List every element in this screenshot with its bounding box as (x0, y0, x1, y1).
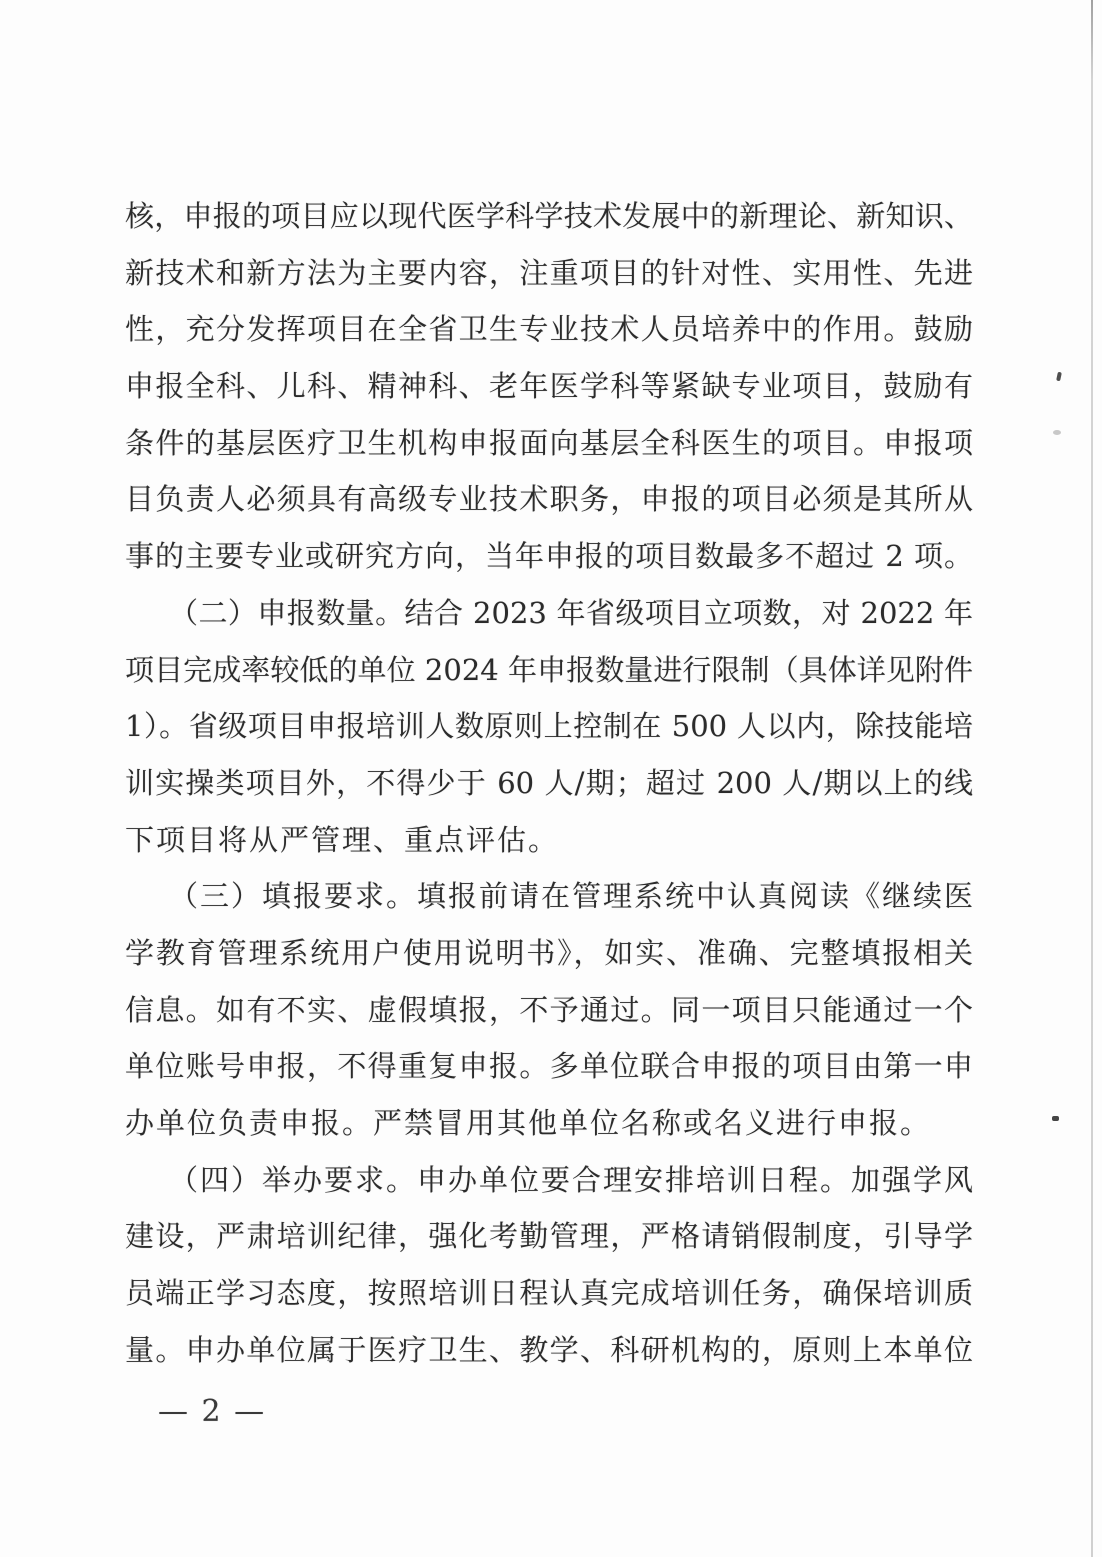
text-line: 条件的基层医疗卫生机构申报面向基层全科医生的项目。申报项 (125, 415, 973, 472)
text-line: 学教育管理系统用户使用说明书》，如实、准确、完整填报相关 (125, 925, 973, 982)
text-line: （二）申报数量。结合 2023 年省级项目立项数，对 2022 年 (125, 585, 973, 642)
text-line: 建设，严肃培训纪律，强化考勤管理，严格请销假制度，引导学 (125, 1208, 973, 1265)
text-line: 核，申报的项目应以现代医学科学技术发展中的新理论、新知识、 (125, 188, 973, 245)
text-line: 办单位负责申报。严禁冒用其他单位名称或名义进行申报。 (125, 1095, 973, 1152)
text-line: 项目完成率较低的单位 2024 年申报数量进行限制（具体详见附件 (125, 642, 973, 699)
text-line: 单位账号申报，不得重复申报。多单位联合申报的项目由第一申 (125, 1038, 973, 1095)
scan-edge-line (1091, 0, 1093, 1557)
text-line: 员端正学习态度，按照培训日程认真完成培训任务，确保培训质 (125, 1265, 973, 1322)
text-line: 下项目将从严管理、重点评估。 (125, 812, 973, 869)
text-line: 新技术和新方法为主要内容，注重项目的针对性、实用性、先进 (125, 245, 973, 302)
scan-speck (1052, 1116, 1059, 1121)
page-number: — 2 — (158, 1392, 266, 1432)
text-line: 申报全科、儿科、精神科、老年医学科等紧缺专业项目，鼓励有 (125, 358, 973, 415)
text-line: 训实操类项目外，不得少于 60 人/期；超过 200 人/期以上的线 (125, 755, 973, 812)
text-line: （三）填报要求。填报前请在管理系统中认真阅读《继续医 (125, 868, 973, 925)
scan-speck (1053, 430, 1061, 435)
text-line: （四）举办要求。申办单位要合理安排培训日程。加强学风 (125, 1152, 973, 1209)
document-body: 核，申报的项目应以现代医学科学技术发展中的新理论、新知识、新技术和新方法为主要内… (125, 188, 973, 1378)
text-line: 目负责人必须具有高级专业技术职务，申报的项目必须是其所从 (125, 471, 973, 528)
text-line: 性，充分发挥项目在全省卫生专业技术人员培养中的作用。鼓励 (125, 301, 973, 358)
document-page: 核，申报的项目应以现代医学科学技术发展中的新理论、新知识、新技术和新方法为主要内… (0, 0, 1102, 1557)
text-line: 信息。如有不实、虚假填报，不予通过。同一项目只能通过一个 (125, 982, 973, 1039)
text-line: 1）。省级项目申报培训人数原则上控制在 500 人以内，除技能培 (125, 698, 973, 755)
text-line: 量。申办单位属于医疗卫生、教学、科研机构的，原则上本单位 (125, 1322, 973, 1379)
text-line: 事的主要专业或研究方向，当年申报的项目数最多不超过 2 项。 (125, 528, 973, 585)
scan-speck (1056, 372, 1062, 382)
